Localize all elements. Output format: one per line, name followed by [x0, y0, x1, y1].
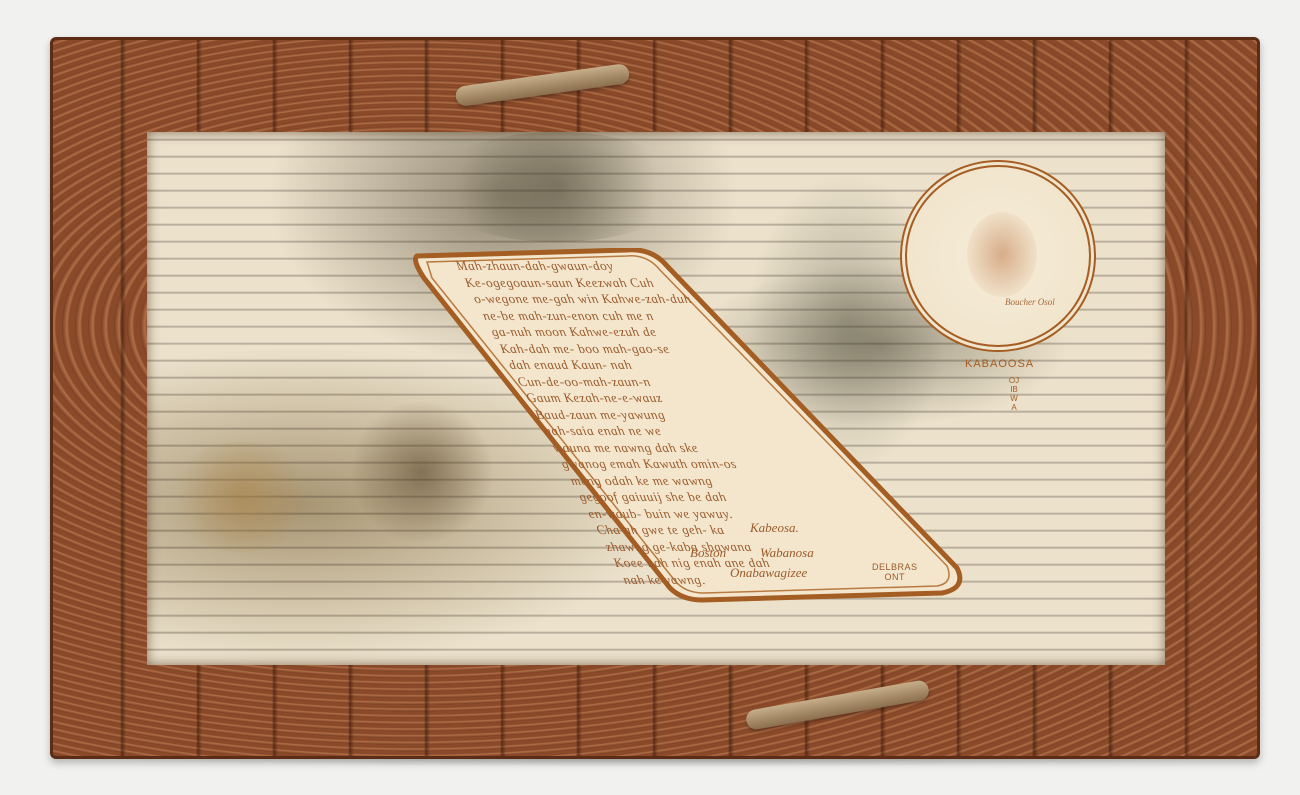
portrait-medallion: Boucher Osol	[900, 160, 1096, 352]
lichen-patch	[167, 442, 317, 552]
letter-line: nah ke yawng.	[619, 572, 1048, 589]
signature-name-2: Wabanosa	[760, 545, 814, 561]
letter-line: Kah-dah me- boo mah-gao-se	[496, 341, 925, 358]
maker-line: DELBRAS	[872, 562, 918, 572]
letter-line: dah enaud Kaun- nah	[505, 357, 934, 374]
signature-place: Boston	[690, 545, 726, 561]
letter-line: zhawng ge-kaba shawana	[601, 539, 1030, 556]
letter-line: Gaum Kezah-ne-e-wauz	[522, 390, 951, 407]
signature-name: Kabeosa.	[750, 520, 799, 536]
letter-line: ne-be mah-zun-enon cuh me n	[478, 308, 907, 325]
letter-line: meng odah ke me wawng	[566, 473, 995, 490]
letter-line: Baud-zaun me-yawung	[531, 407, 960, 424]
letter-line: gegoof gaiuuij she be dah	[575, 489, 1004, 506]
signature-name-3: Onabawagizee	[730, 565, 807, 581]
letter-line: wauna me nawng dah ske	[549, 440, 978, 457]
letter-line: Cha ah gwe te geh- ka	[592, 522, 1021, 539]
portrait-caption: KABAOOSA	[965, 358, 1034, 370]
letter-line: ga-nuh moon Kahwe-ezuh de	[487, 324, 916, 341]
letter-line: gwanog emah Kawuth omin-os	[557, 456, 986, 473]
lichen-patch	[427, 132, 687, 242]
letter-line: Ke-ogegoaun-saun Keezwah Cuh	[461, 275, 890, 292]
portrait-signature: Boucher Osol	[1005, 297, 1055, 307]
maker-mark: DELBRAS ONT	[872, 562, 918, 582]
letter-line: Mah-zhaun-dah-gwaun-doy	[452, 258, 881, 275]
letter-line: gah-saia enah ne we	[540, 423, 969, 440]
letter-line: Cun-de-oo-mah-zaun-n	[513, 374, 942, 391]
maker-line: ONT	[872, 572, 918, 582]
letter-line: Koee nah nig enah ane dah	[610, 555, 1039, 572]
portrait-face	[967, 212, 1037, 297]
portrait-sub-caption: OJIBWA	[1008, 376, 1020, 412]
letter-line: o-wegone me-gah win Kahwe-zah-duh	[470, 291, 899, 308]
